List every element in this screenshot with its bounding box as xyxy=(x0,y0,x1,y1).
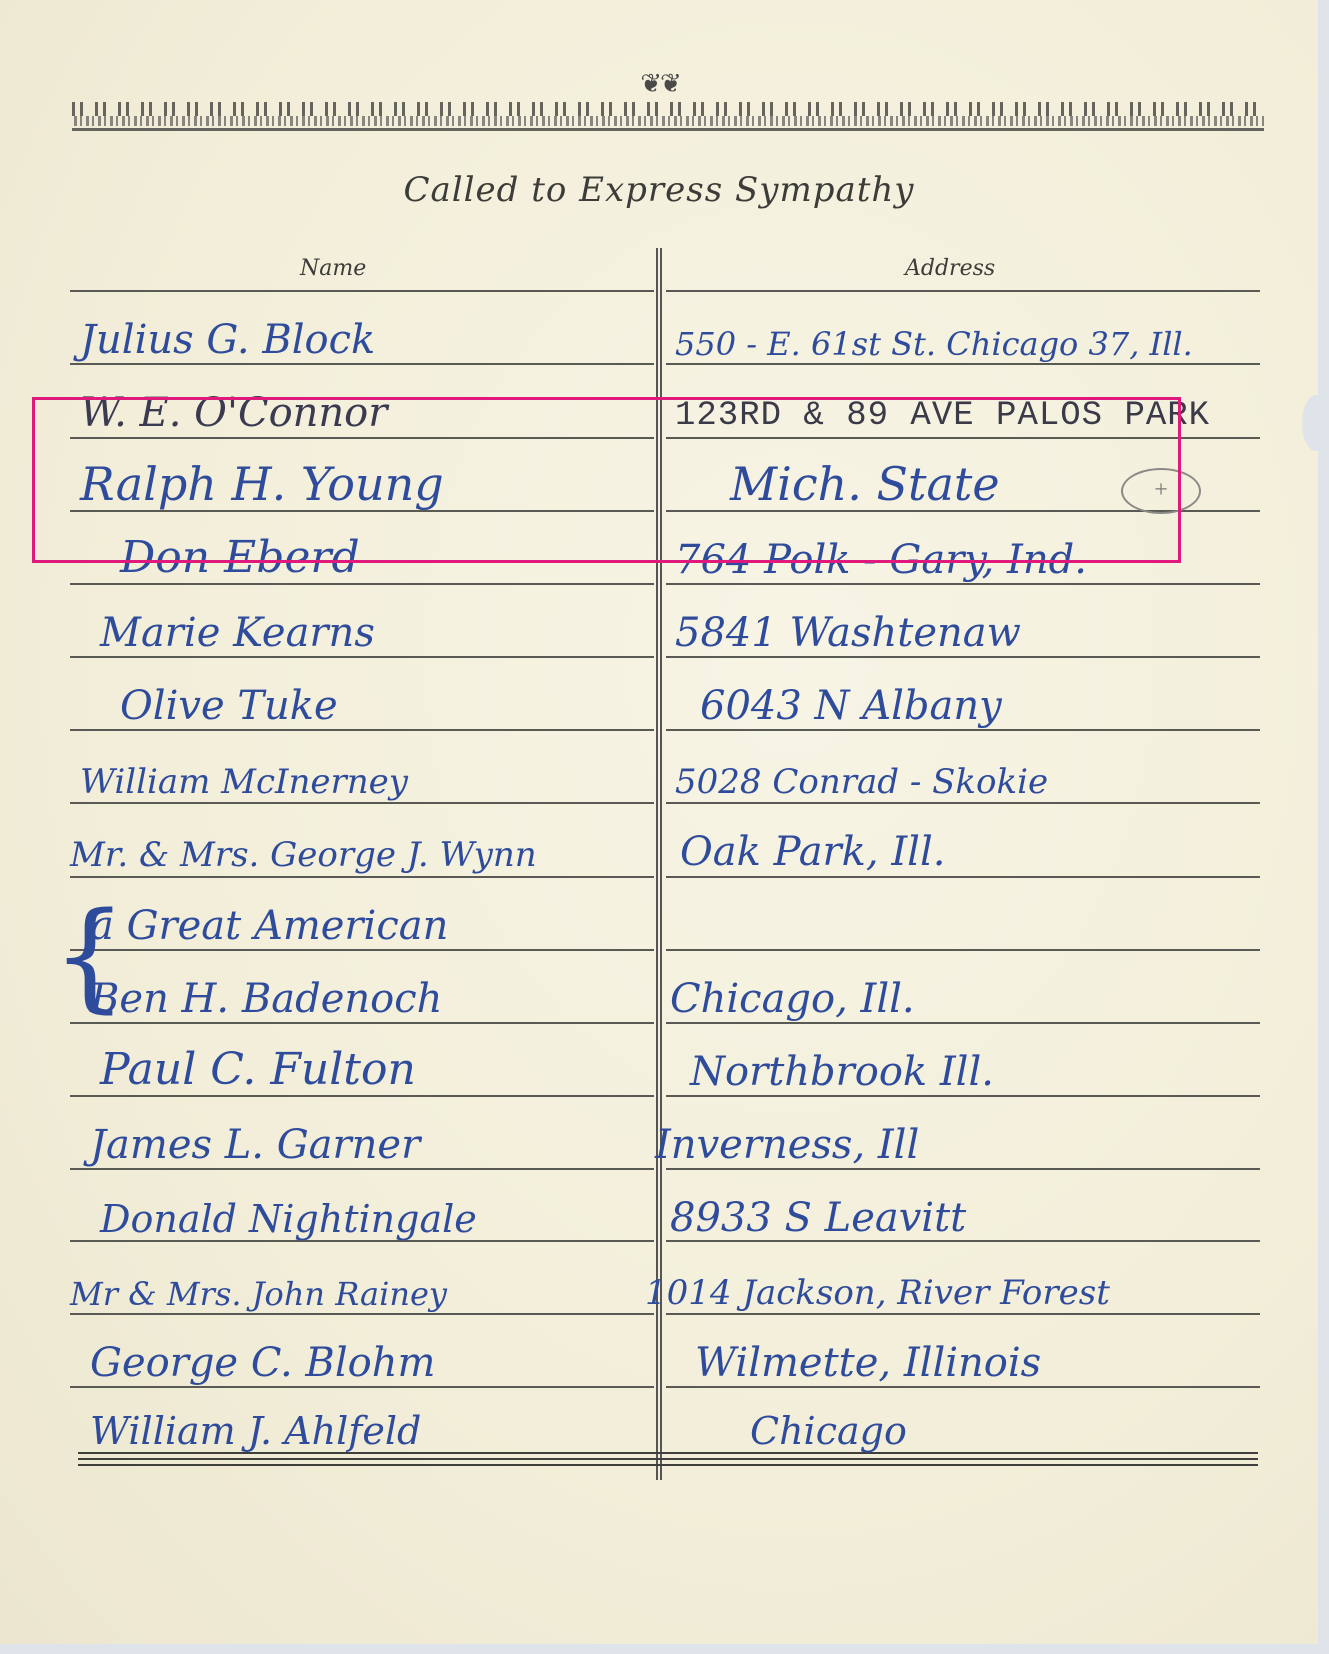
entry-row: Donald Nightingale 8933 S Leavitt xyxy=(70,1168,1260,1242)
entry-name: Mr & Mrs. John Rainey xyxy=(70,1278,640,1310)
entry-row: Mr & Mrs. John Rainey 1014 Jackson, Rive… xyxy=(70,1240,1260,1314)
entry-name: William McInerney xyxy=(80,765,650,799)
entry-row: Olive Tuke 6043 N Albany xyxy=(70,656,1260,730)
column-header-name: Name xyxy=(300,256,366,281)
entry-row: Mr. & Mrs. George J. Wynn Oak Park, Ill. xyxy=(70,802,1260,876)
entry-row: Julius G. Block 550 - E. 61st St. Chicag… xyxy=(70,290,1260,364)
page-edge-notch xyxy=(1302,395,1329,451)
entry-name: Ben H. Badenoch xyxy=(90,979,660,1019)
entry-row: Ralph H. Young Mich. State xyxy=(70,437,1260,511)
entry-name: W. E. O'Connor xyxy=(80,393,650,433)
entry-address: 6043 N Albany xyxy=(700,686,1285,726)
entry-name: Paul C. Fulton xyxy=(100,1048,670,1092)
entry-address: 550 - E. 61st St. Chicago 37, Ill. xyxy=(675,328,1260,360)
entry-address: 8933 S Leavitt xyxy=(670,1198,1255,1238)
entry-address: Mich. State xyxy=(730,461,1315,507)
entry-row: James L. Garner Inverness, Ill xyxy=(70,1095,1260,1169)
pencil-circle-plus-icon: + xyxy=(1121,468,1201,514)
entry-row: George C. Blohm Wilmette, Illinois xyxy=(70,1313,1260,1387)
entry-name: Donald Nightingale xyxy=(100,1200,670,1238)
entry-row: William McInerney 5028 Conrad - Skokie xyxy=(70,729,1260,803)
entry-address: Northbrook Ill. xyxy=(690,1052,1275,1092)
entry-address: Chicago xyxy=(750,1412,1329,1450)
entry-row: Don Eberd 764 Polk - Gary, Ind. xyxy=(70,510,1260,584)
entry-address: Chicago, Ill. xyxy=(670,979,1255,1019)
floral-ornament-icon: ❦❦ xyxy=(626,68,694,100)
entry-row: Ben H. Badenoch Chicago, Ill. xyxy=(70,949,1260,1023)
closing-rule xyxy=(78,1458,1258,1460)
entry-row: a Great American xyxy=(70,876,1260,950)
entry-name: a Great American xyxy=(90,906,660,946)
bracket-mark: { xyxy=(52,896,127,1014)
entry-name: Ralph H. Young xyxy=(80,461,650,507)
entry-name: Julius G. Block xyxy=(80,320,650,360)
entry-name: Mr. & Mrs. George J. Wynn xyxy=(70,838,640,872)
entry-address: Wilmette, Illinois xyxy=(695,1343,1280,1383)
entry-address: Oak Park, Ill. xyxy=(680,832,1265,872)
page-title: Called to Express Sympathy xyxy=(0,170,1318,210)
entry-address: 5841 Washtenaw xyxy=(675,613,1260,653)
entry-name: Olive Tuke xyxy=(120,686,690,726)
entry-name: James L. Garner xyxy=(90,1125,660,1165)
entry-address: 1014 Jackson, River Forest xyxy=(645,1276,1230,1310)
decorative-border xyxy=(72,102,1264,132)
entry-address: 5028 Conrad - Skokie xyxy=(675,765,1260,799)
entry-address: 123RD & 89 AVE PALOS PARK xyxy=(675,399,1260,433)
entry-row: William J. Ahlfeld Chicago xyxy=(70,1380,1260,1454)
entry-row: Paul C. Fulton Northbrook Ill. xyxy=(70,1022,1260,1096)
entry-name: William J. Ahlfeld xyxy=(90,1412,660,1450)
entry-row: Marie Kearns 5841 Washtenaw xyxy=(70,583,1260,657)
entry-name: Marie Kearns xyxy=(100,613,670,653)
closing-rule xyxy=(78,1464,1258,1466)
entry-address: Inverness, Ill xyxy=(655,1125,1240,1165)
entry-name: Don Eberd xyxy=(120,536,690,580)
entry-name: George C. Blohm xyxy=(90,1343,660,1383)
column-header-address: Address xyxy=(905,256,995,281)
entry-row: W. E. O'Connor 123RD & 89 AVE PALOS PARK xyxy=(70,363,1260,437)
entry-address: 764 Polk - Gary, Ind. xyxy=(675,540,1260,580)
guest-book-page: ❦❦ Called to Express Sympathy Name Addre… xyxy=(0,0,1318,1644)
